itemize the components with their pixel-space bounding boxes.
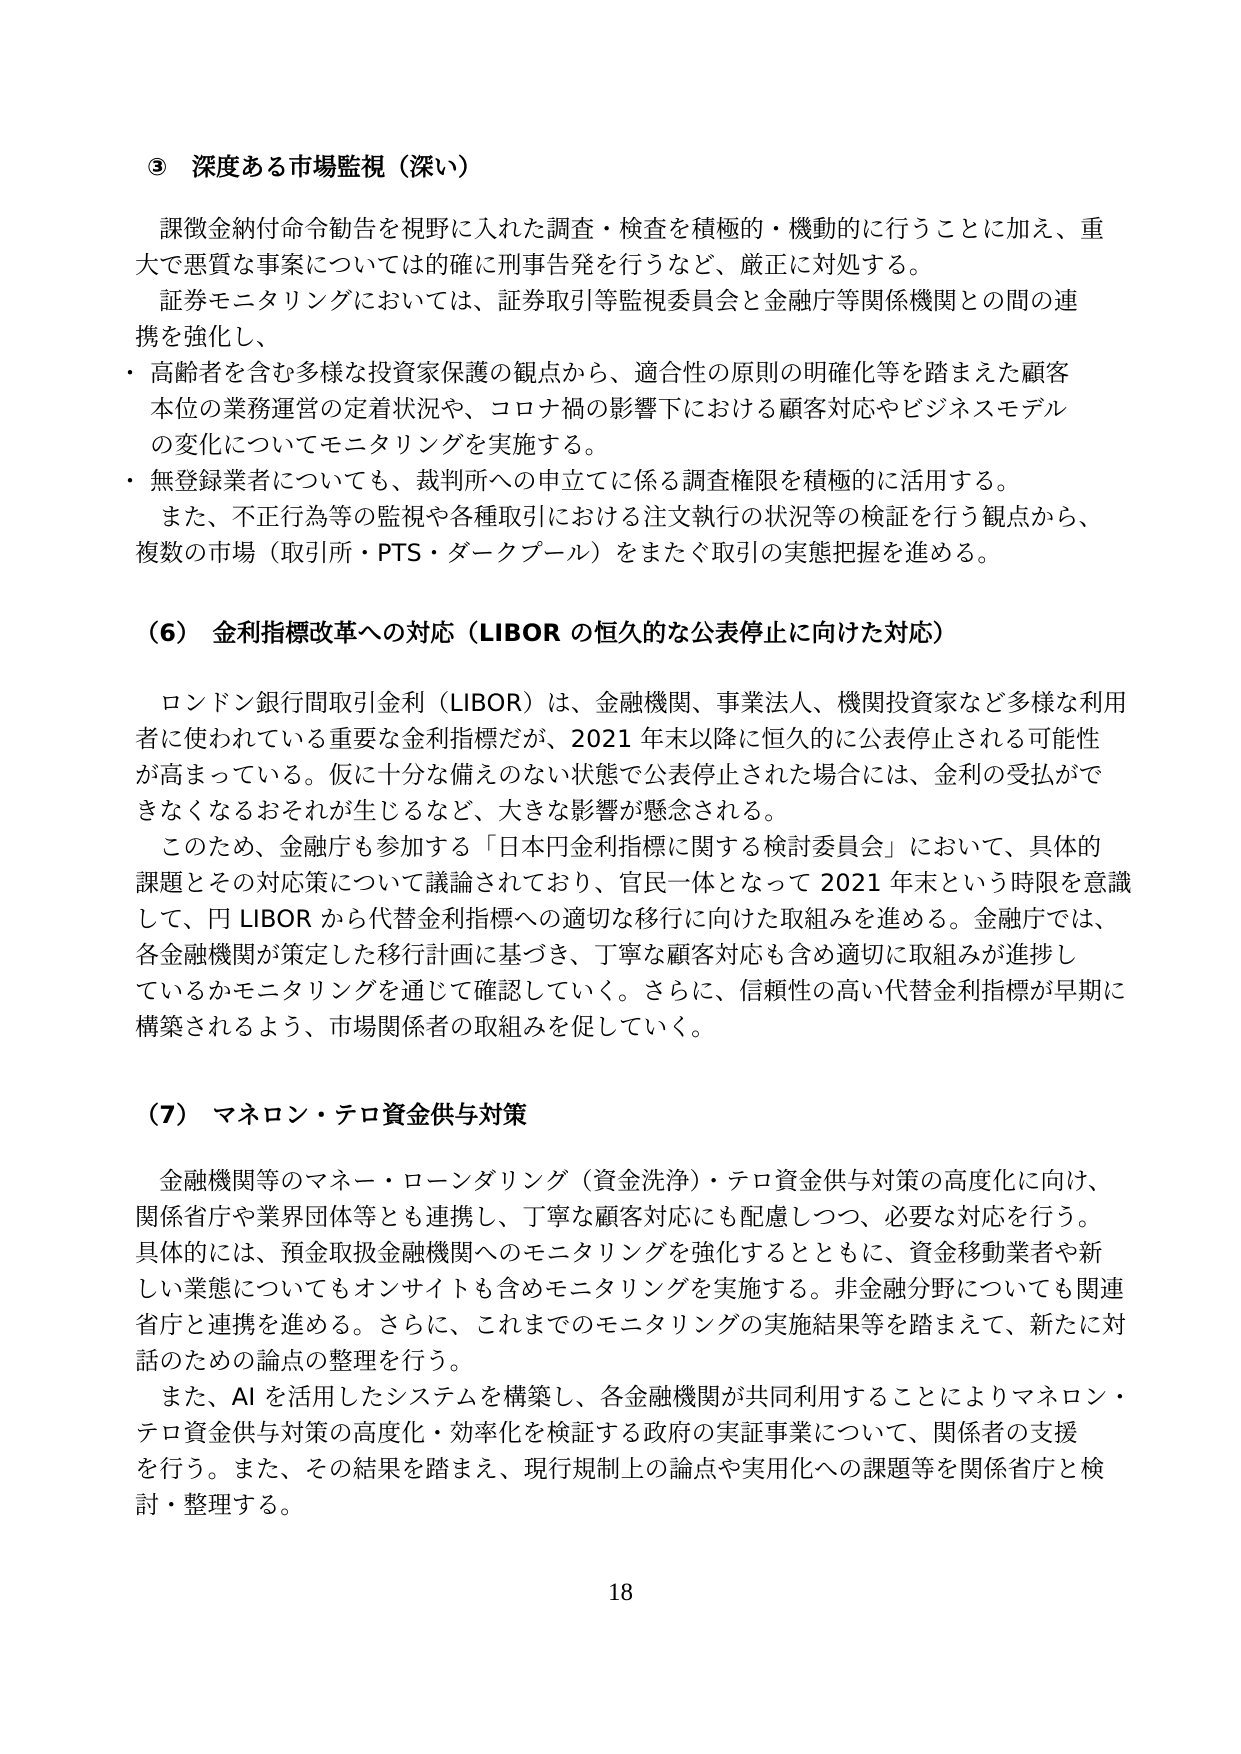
section-heading: （7） マネロン・テロ資金供与対策 xyxy=(135,1097,1106,1133)
bullet-list-item: ・ 無登録業者についても、裁判所への申立てに係る調査権限を積極的に活用する。 xyxy=(135,463,1106,499)
text-line: 証券モニタリングにおいては、証券取引等監視委員会と金融庁等関係機関との間の連 xyxy=(135,283,1106,319)
text-line: を行う。また、その結果を踏まえ、現行規制上の論点や実用化への課題等を関係省庁と検 xyxy=(135,1451,1106,1487)
text-line: が高まっている。仮に十分な備えのない状態で公表停止された場合には、金利の受払がで xyxy=(135,757,1106,793)
text-line: 具体的には、預金取扱金融機関へのモニタリングを強化するとともに、資金移動業者や新 xyxy=(135,1235,1106,1271)
text-line: きなくなるおそれが生じるなど、大きな影響が懸念される。 xyxy=(135,793,1106,829)
text-line: 討・整理する。 xyxy=(135,1487,1106,1523)
section-heading: ③ 深度ある市場監視（深い） xyxy=(147,149,1106,185)
bullet-list-item: ・ 高齢者を含む多様な投資家保護の観点から、適合性の原則の明確化等を踏まえた顧客 xyxy=(135,355,1106,391)
text-line: して、円 LIBOR から代替金利指標への適切な移行に向けた取組みを進める。金融… xyxy=(135,901,1106,937)
bullet-icon: ・ xyxy=(118,463,142,499)
section-market-surveillance: ③ 深度ある市場監視（深い） 課徴金納付命令勧告を視野に入れた調査・検査を積極的… xyxy=(135,149,1106,571)
text-line: の変化についてモニタリングを実施する。 xyxy=(135,427,1106,463)
text-line: 話のための論点の整理を行う。 xyxy=(135,1343,1106,1379)
text-line: 複数の市場（取引所・PTS・ダークプール）をまたぐ取引の実態把握を進める。 xyxy=(135,535,1106,571)
text-line: 関係省庁や業界団体等とも連携し、丁寧な顧客対応にも配慮しつつ、必要な対応を行う。 xyxy=(135,1199,1106,1235)
text-line: しい業態についてもオンサイトも含めモニタリングを実施する。非金融分野についても関… xyxy=(135,1271,1106,1307)
text-line: 携を強化し、 xyxy=(135,319,1106,355)
text-line: 省庁と連携を進める。さらに、これまでのモニタリングの実施結果等を踏まえて、新たに… xyxy=(135,1307,1106,1343)
text-line: このため、金融庁も参加する「日本円金利指標に関する検討委員会」において、具体的 xyxy=(135,829,1106,865)
text-line: 者に使われている重要な金利指標だが、2021 年末以降に恒久的に公表停止される可… xyxy=(135,721,1106,757)
text-line: ているかモニタリングを通じて確認していく。さらに、信頼性の高い代替金利指標が早期… xyxy=(135,973,1106,1009)
text-line: 本位の業務運営の定着状況や、コロナ禍の影響下における顧客対応やビジネスモデル xyxy=(135,391,1106,427)
text-line: 構築されるよう、市場関係者の取組みを促していく。 xyxy=(135,1009,1106,1045)
text-line: 各金融機関が策定した移行計画に基づき、丁寧な顧客対応も含め適切に取組みが進捗し xyxy=(135,937,1106,973)
bullet-icon: ・ xyxy=(118,355,142,391)
text-line: 金融機関等のマネー・ローンダリング（資金洗浄）・テロ資金供与対策の高度化に向け、 xyxy=(135,1163,1106,1199)
text-line: 大で悪質な事案については的確に刑事告発を行うなど、厳正に対処する。 xyxy=(135,247,1106,283)
text-line: テロ資金供与対策の高度化・効率化を検証する政府の実証事業について、関係者の支援 xyxy=(135,1415,1106,1451)
text-line: 課題とその対応策について議論されており、官民一体となって 2021 年末という時… xyxy=(135,865,1106,901)
text-line: 高齢者を含む多様な投資家保護の観点から、適合性の原則の明確化等を踏まえた顧客 xyxy=(150,359,1070,387)
section-aml-cft: （7） マネロン・テロ資金供与対策 金融機関等のマネー・ローンダリング（資金洗浄… xyxy=(135,1097,1106,1523)
text-line: 無登録業者についても、裁判所への申立てに係る調査権限を積極的に活用する。 xyxy=(150,467,1021,495)
text-line: 課徴金納付命令勧告を視野に入れた調査・検査を積極的・機動的に行うことに加え、重 xyxy=(135,211,1106,247)
page-number: 18 xyxy=(135,1575,1106,1611)
text-line: ロンドン銀行間取引金利（LIBOR）は、金融機関、事業法人、機関投資家など多様な… xyxy=(135,685,1106,721)
document-page: ③ 深度ある市場監視（深い） 課徴金納付命令勧告を視野に入れた調査・検査を積極的… xyxy=(0,0,1241,1754)
text-line: また、不正行為等の監視や各種取引における注文執行の状況等の検証を行う観点から、 xyxy=(135,499,1106,535)
section-heading: （6） 金利指標改革への対応（LIBOR の恒久的な公表停止に向けた対応） xyxy=(135,615,1106,651)
text-line: また、AI を活用したシステムを構築し、各金融機関が共同利用することによりマネロ… xyxy=(135,1379,1106,1415)
section-libor-reform: （6） 金利指標改革への対応（LIBOR の恒久的な公表停止に向けた対応） ロン… xyxy=(135,615,1106,1045)
